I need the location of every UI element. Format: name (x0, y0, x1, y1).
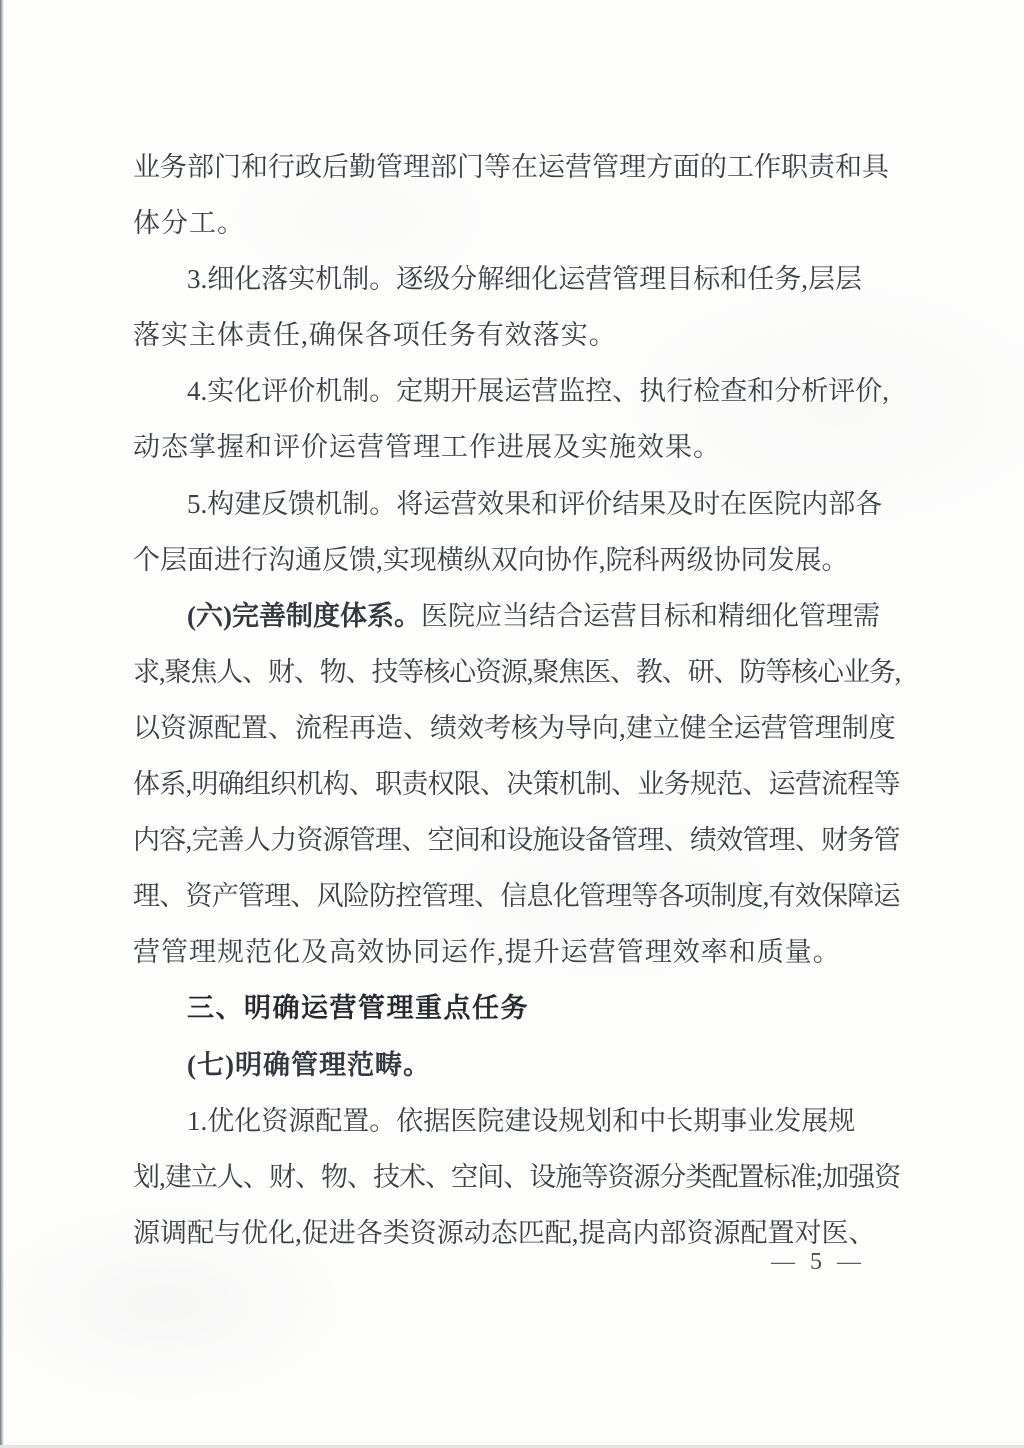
document-text-block: 业务部门和行政后勤管理部门等在运营管理方面的工作职责和具 体分工。 3.细化落实… (133, 139, 900, 1261)
page-footer: — 5 — (766, 1249, 866, 1276)
doc-line: 动态掌握和评价运营管理工作进展及实施效果。 (133, 419, 900, 475)
doc-line: (六)完善制度体系。医院应当结合运营目标和精细化管理需 (133, 588, 900, 644)
footer-dash-right: — (837, 1249, 861, 1276)
doc-line: 求,聚焦人、财、物、技等核心资源,聚焦医、教、研、防等核心业务, (133, 644, 900, 700)
footer-page-number: 5 (810, 1249, 822, 1276)
section-heading: 三、明确运营管理重点任务 (133, 980, 900, 1036)
doc-line: 体系,明确组织机构、职责权限、决策机制、业务规范、运营流程等 (133, 756, 900, 812)
doc-line: 划,建立人、财、物、技术、空间、设施等资源分类配置标准;加强资 (133, 1149, 900, 1205)
doc-line: 营管理规范化及高效协同运作,提升运营管理效率和质量。 (133, 924, 900, 980)
doc-line: 3.细化落实机制。逐级分解细化运营管理目标和任务,层层 (133, 251, 900, 307)
doc-line: 个层面进行沟通反馈,实现横纵双向协作,院科两级协同发展。 (133, 532, 900, 588)
footer-dash-left: — (771, 1249, 795, 1276)
doc-line: 内容,完善人力资源管理、空间和设施设备管理、绩效管理、财务管 (133, 812, 900, 868)
doc-line: 理、资产管理、风险防控管理、信息化管理等各项制度,有效保障运 (133, 868, 900, 924)
doc-line-text: 医院应当结合运营目标和精细化管理需 (421, 601, 880, 631)
clause-title: (六)完善制度体系。 (187, 601, 421, 631)
doc-line: 5.构建反馈机制。将运营效果和评价结果及时在医院内部各 (133, 476, 900, 532)
doc-line: 业务部门和行政后勤管理部门等在运营管理方面的工作职责和具 (133, 139, 900, 195)
doc-line: 以资源配置、流程再造、绩效考核为导向,建立健全运营管理制度 (133, 700, 900, 756)
document-page: 业务部门和行政后勤管理部门等在运营管理方面的工作职责和具 体分工。 3.细化落实… (0, 0, 1024, 1448)
clause-heading: (七)明确管理范畴。 (133, 1037, 900, 1093)
scan-edge-left (0, 0, 4, 1448)
doc-line: 4.实化评价机制。定期开展运营监控、执行检查和分析评价, (133, 363, 900, 419)
doc-line: 体分工。 (133, 195, 900, 251)
doc-line: 落实主体责任,确保各项任务有效落实。 (133, 307, 900, 363)
doc-line: 1.优化资源配置。依据医院建设规划和中长期事业发展规 (133, 1093, 900, 1149)
